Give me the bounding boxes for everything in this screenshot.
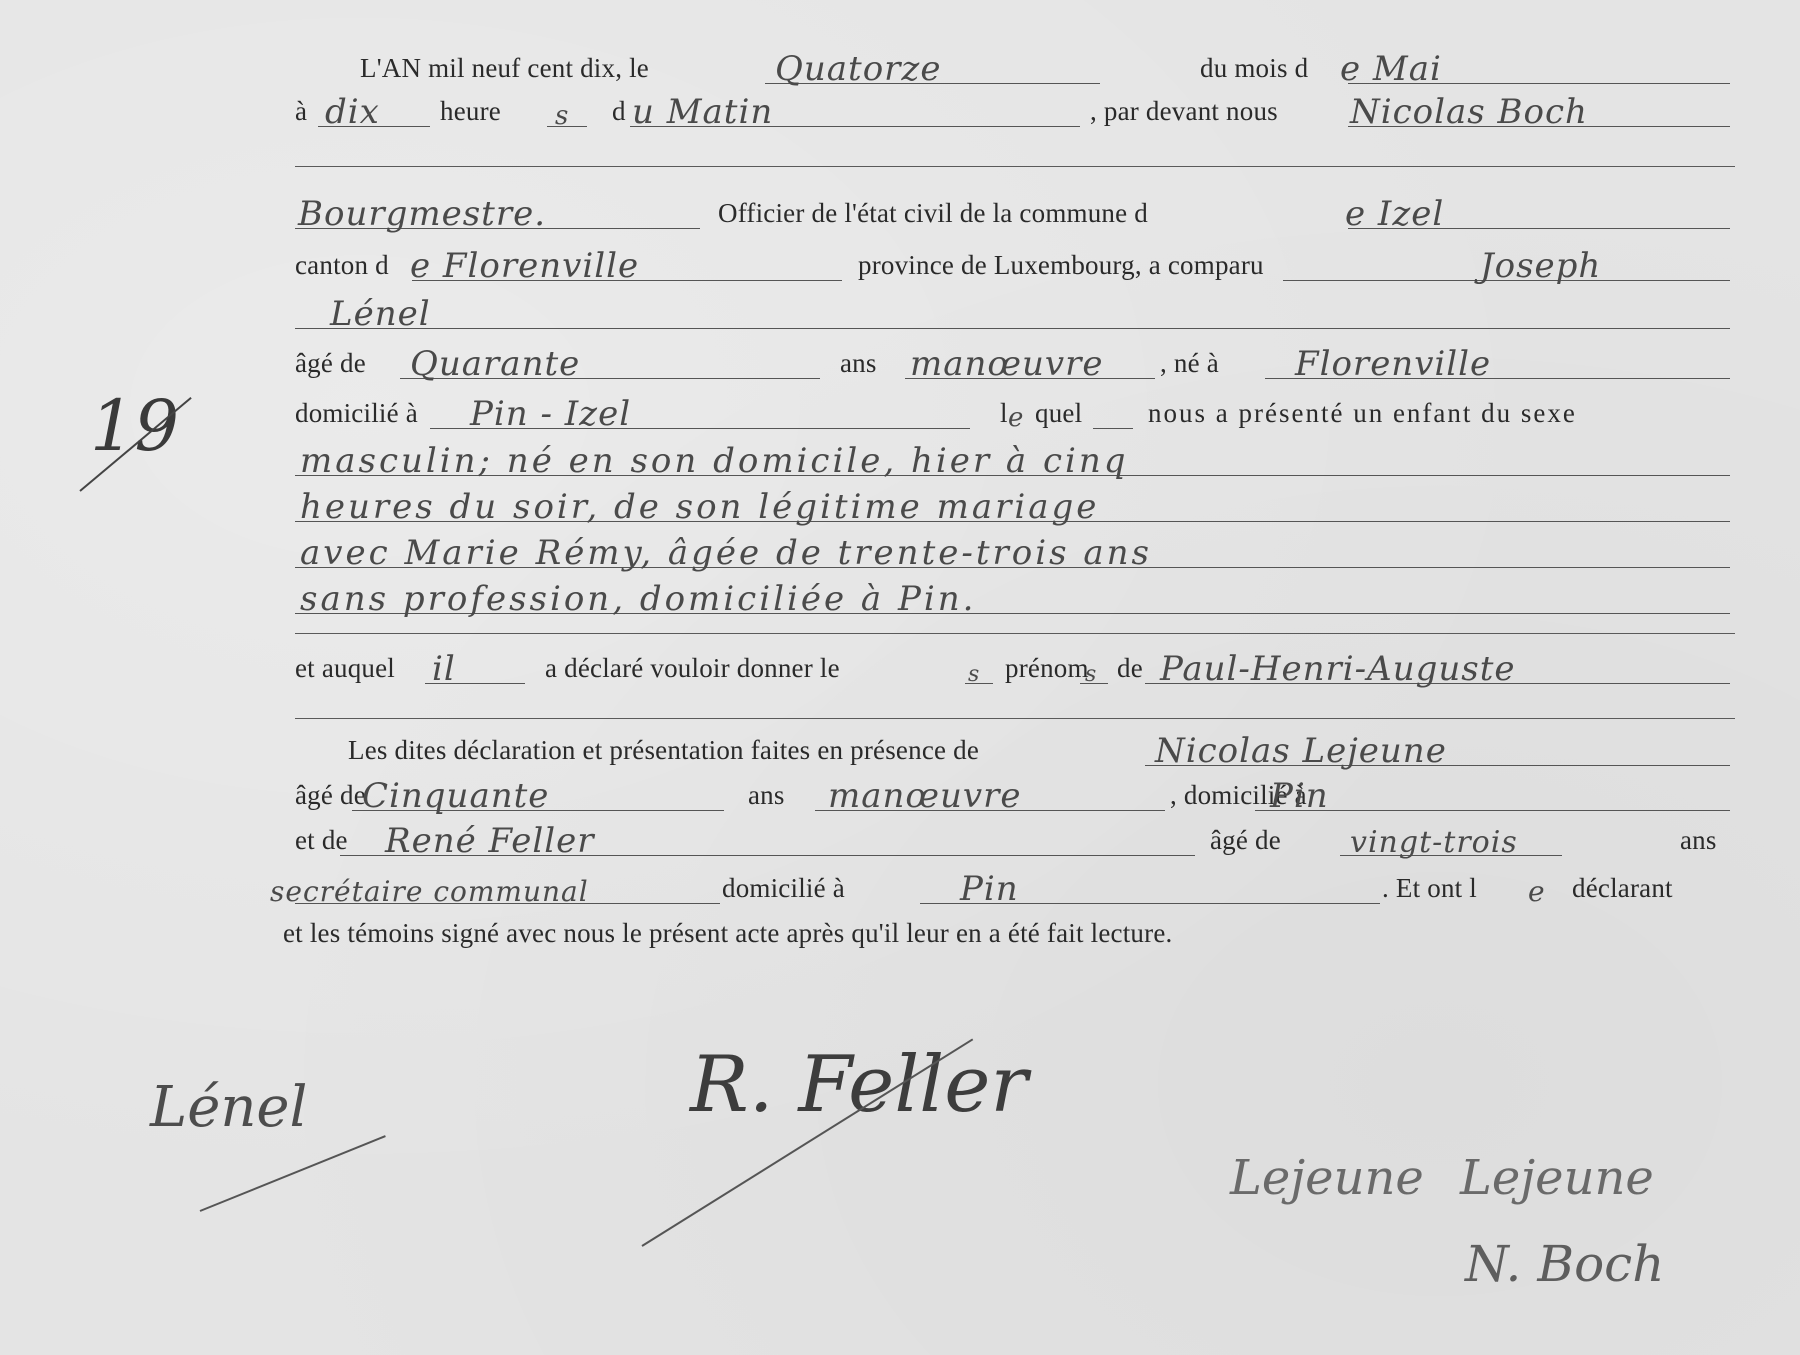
printed-text: , né à xyxy=(1160,350,1219,377)
rule-line xyxy=(295,718,1735,719)
line-witness-2-details: secrétaire communal domicilié à Pin . Et… xyxy=(0,860,1800,910)
handwritten-text: sans profession, domiciliée à Pin. xyxy=(300,582,976,616)
printed-text: a déclaré vouloir donner le xyxy=(545,655,840,682)
handwritten-month: e Mai xyxy=(1340,52,1442,86)
handwritten-witness-1-name: Nicolas Lejeune xyxy=(1155,734,1447,768)
handwritten-period: u Matin xyxy=(632,95,773,129)
printed-text: province de Luxembourg, a comparu xyxy=(858,252,1264,279)
signature-flourish xyxy=(200,1135,386,1212)
line-declarant-surname: Lénel xyxy=(0,285,1800,335)
handwritten-birthplace: Florenville xyxy=(1295,347,1491,381)
printed-text: quel xyxy=(1035,400,1082,427)
printed-text: et les témoins signé avec nous le présen… xyxy=(283,920,1172,947)
handwritten-officer-name: Nicolas Boch xyxy=(1350,95,1588,129)
line-declarant-age: âgé de Quarante ans manœuvre , né à Flor… xyxy=(0,335,1800,385)
signature-witness-2: R. Feller xyxy=(690,1040,1028,1130)
civil-record-page: 19 L'AN mil neuf cent dix, le Quatorze d… xyxy=(0,0,1800,1355)
blank-line xyxy=(1093,428,1133,429)
line-domicile: domicilié à Pin - Izel l e quel nous a p… xyxy=(0,385,1800,435)
handwritten-witness-1-domicile: Pin xyxy=(1270,779,1329,813)
printed-text: heure xyxy=(440,98,501,125)
handwritten-pronoun: il xyxy=(432,652,456,686)
line-given-names: et auquel il a déclaré vouloir donner le… xyxy=(0,640,1800,690)
printed-text: du mois d xyxy=(1200,55,1308,82)
handwritten-domicile: Pin - Izel xyxy=(470,397,631,431)
blank-line xyxy=(1080,683,1108,684)
handwritten-declarant-first: Joseph xyxy=(1480,249,1601,283)
printed-text: Officier de l'état civil de la commune d xyxy=(718,200,1148,227)
signature-officer: N. Boch xyxy=(1465,1235,1664,1293)
handwritten-text: heures du soir, de son légitime mariage xyxy=(300,490,1099,524)
handwritten-witness-1-age: Cinquante xyxy=(362,779,549,813)
signature-declarant: Lénel xyxy=(150,1075,307,1140)
line-canton: canton d e Florenville province de Luxem… xyxy=(0,237,1800,287)
printed-text: âgé de xyxy=(295,350,366,377)
handwritten-witness-2-occupation: secrétaire communal xyxy=(270,878,589,906)
blank-line xyxy=(295,328,1730,329)
line-birth-details-4: sans profession, domiciliée à Pin. xyxy=(0,570,1800,620)
printed-text: . Et ont l xyxy=(1382,875,1477,902)
handwritten-title: Bourgmestre. xyxy=(298,197,546,231)
printed-text: , par devant nous xyxy=(1090,98,1278,125)
handwritten-occupation: manœuvre xyxy=(910,347,1104,381)
printed-text: et auquel xyxy=(295,655,395,682)
blank-line xyxy=(547,126,587,127)
printed-text: canton d xyxy=(295,252,389,279)
printed-text: prénom xyxy=(1005,655,1089,682)
printed-text: L'AN mil neuf cent dix, le xyxy=(360,55,649,82)
handwritten-child-names: Paul-Henri-Auguste xyxy=(1160,652,1516,686)
line-birth-details-2: heures du soir, de son légitime mariage xyxy=(0,478,1800,528)
printed-text: déclarant xyxy=(1572,875,1673,902)
printed-text: et de xyxy=(295,827,348,854)
handwritten-day: Quatorze xyxy=(775,52,941,86)
printed-text: ans xyxy=(840,350,877,377)
handwritten-canton: e Florenville xyxy=(410,249,639,283)
printed-text: de xyxy=(1117,655,1143,682)
printed-text: ans xyxy=(1680,827,1717,854)
handwritten-declarant-surname: Lénel xyxy=(330,297,431,331)
handwritten-suffix: e xyxy=(1528,878,1546,906)
line-witness-1: Les dites déclaration et présentation fa… xyxy=(0,722,1800,772)
handwritten-witness-2-age: vingt-trois xyxy=(1350,828,1518,858)
rule-line xyxy=(295,166,1735,167)
handwritten-commune: e Izel xyxy=(1345,197,1444,231)
handwritten-witness-2-name: René Feller xyxy=(385,824,595,858)
handwritten-age: Quarante xyxy=(410,347,580,381)
handwritten-hour: dix xyxy=(325,95,380,129)
printed-text: âgé de xyxy=(295,782,366,809)
line-birth-details-1: masculin; né en son domicile, hier à cin… xyxy=(0,432,1800,482)
signature-witness-1-repeat: Lejeune xyxy=(1460,1150,1654,1206)
handwritten-suffix: e xyxy=(1008,405,1024,431)
handwritten-text: avec Marie Rémy, âgée de trente-trois an… xyxy=(300,536,1152,570)
handwritten-witness-2-domicile: Pin xyxy=(960,872,1019,906)
printed-text: à xyxy=(295,98,307,125)
line-witness-2: et de René Feller âgé de vingt-trois ans xyxy=(0,812,1800,862)
printed-text: âgé de xyxy=(1210,827,1281,854)
line-closing: et les témoins signé avec nous le présen… xyxy=(0,905,1800,955)
rule-line xyxy=(295,633,1735,634)
printed-text: nous a présenté un enfant du sexe xyxy=(1148,400,1577,427)
handwritten-text: masculin; né en son domicile, hier à cin… xyxy=(300,444,1129,478)
printed-text: ans xyxy=(748,782,785,809)
printed-text: domicilié à xyxy=(295,400,418,427)
line-witness-1-details: âgé de Cinquante ans manœuvre , domicili… xyxy=(0,767,1800,817)
signature-witness-1: Lejeune xyxy=(1230,1150,1424,1206)
line-birth-details-3: avec Marie Rémy, âgée de trente-trois an… xyxy=(0,524,1800,574)
line-time: à dix heure s d u Matin , par devant nou… xyxy=(0,83,1800,133)
line-officer: Bourgmestre. Officier de l'état civil de… xyxy=(0,185,1800,235)
printed-text: d xyxy=(612,98,626,125)
printed-text: domicilié à xyxy=(722,875,845,902)
handwritten-suffix: s xyxy=(968,664,980,686)
printed-text: Les dites déclaration et présentation fa… xyxy=(348,737,979,764)
handwritten-witness-1-occupation: manœuvre xyxy=(828,779,1022,813)
printed-text: l xyxy=(1000,400,1008,427)
